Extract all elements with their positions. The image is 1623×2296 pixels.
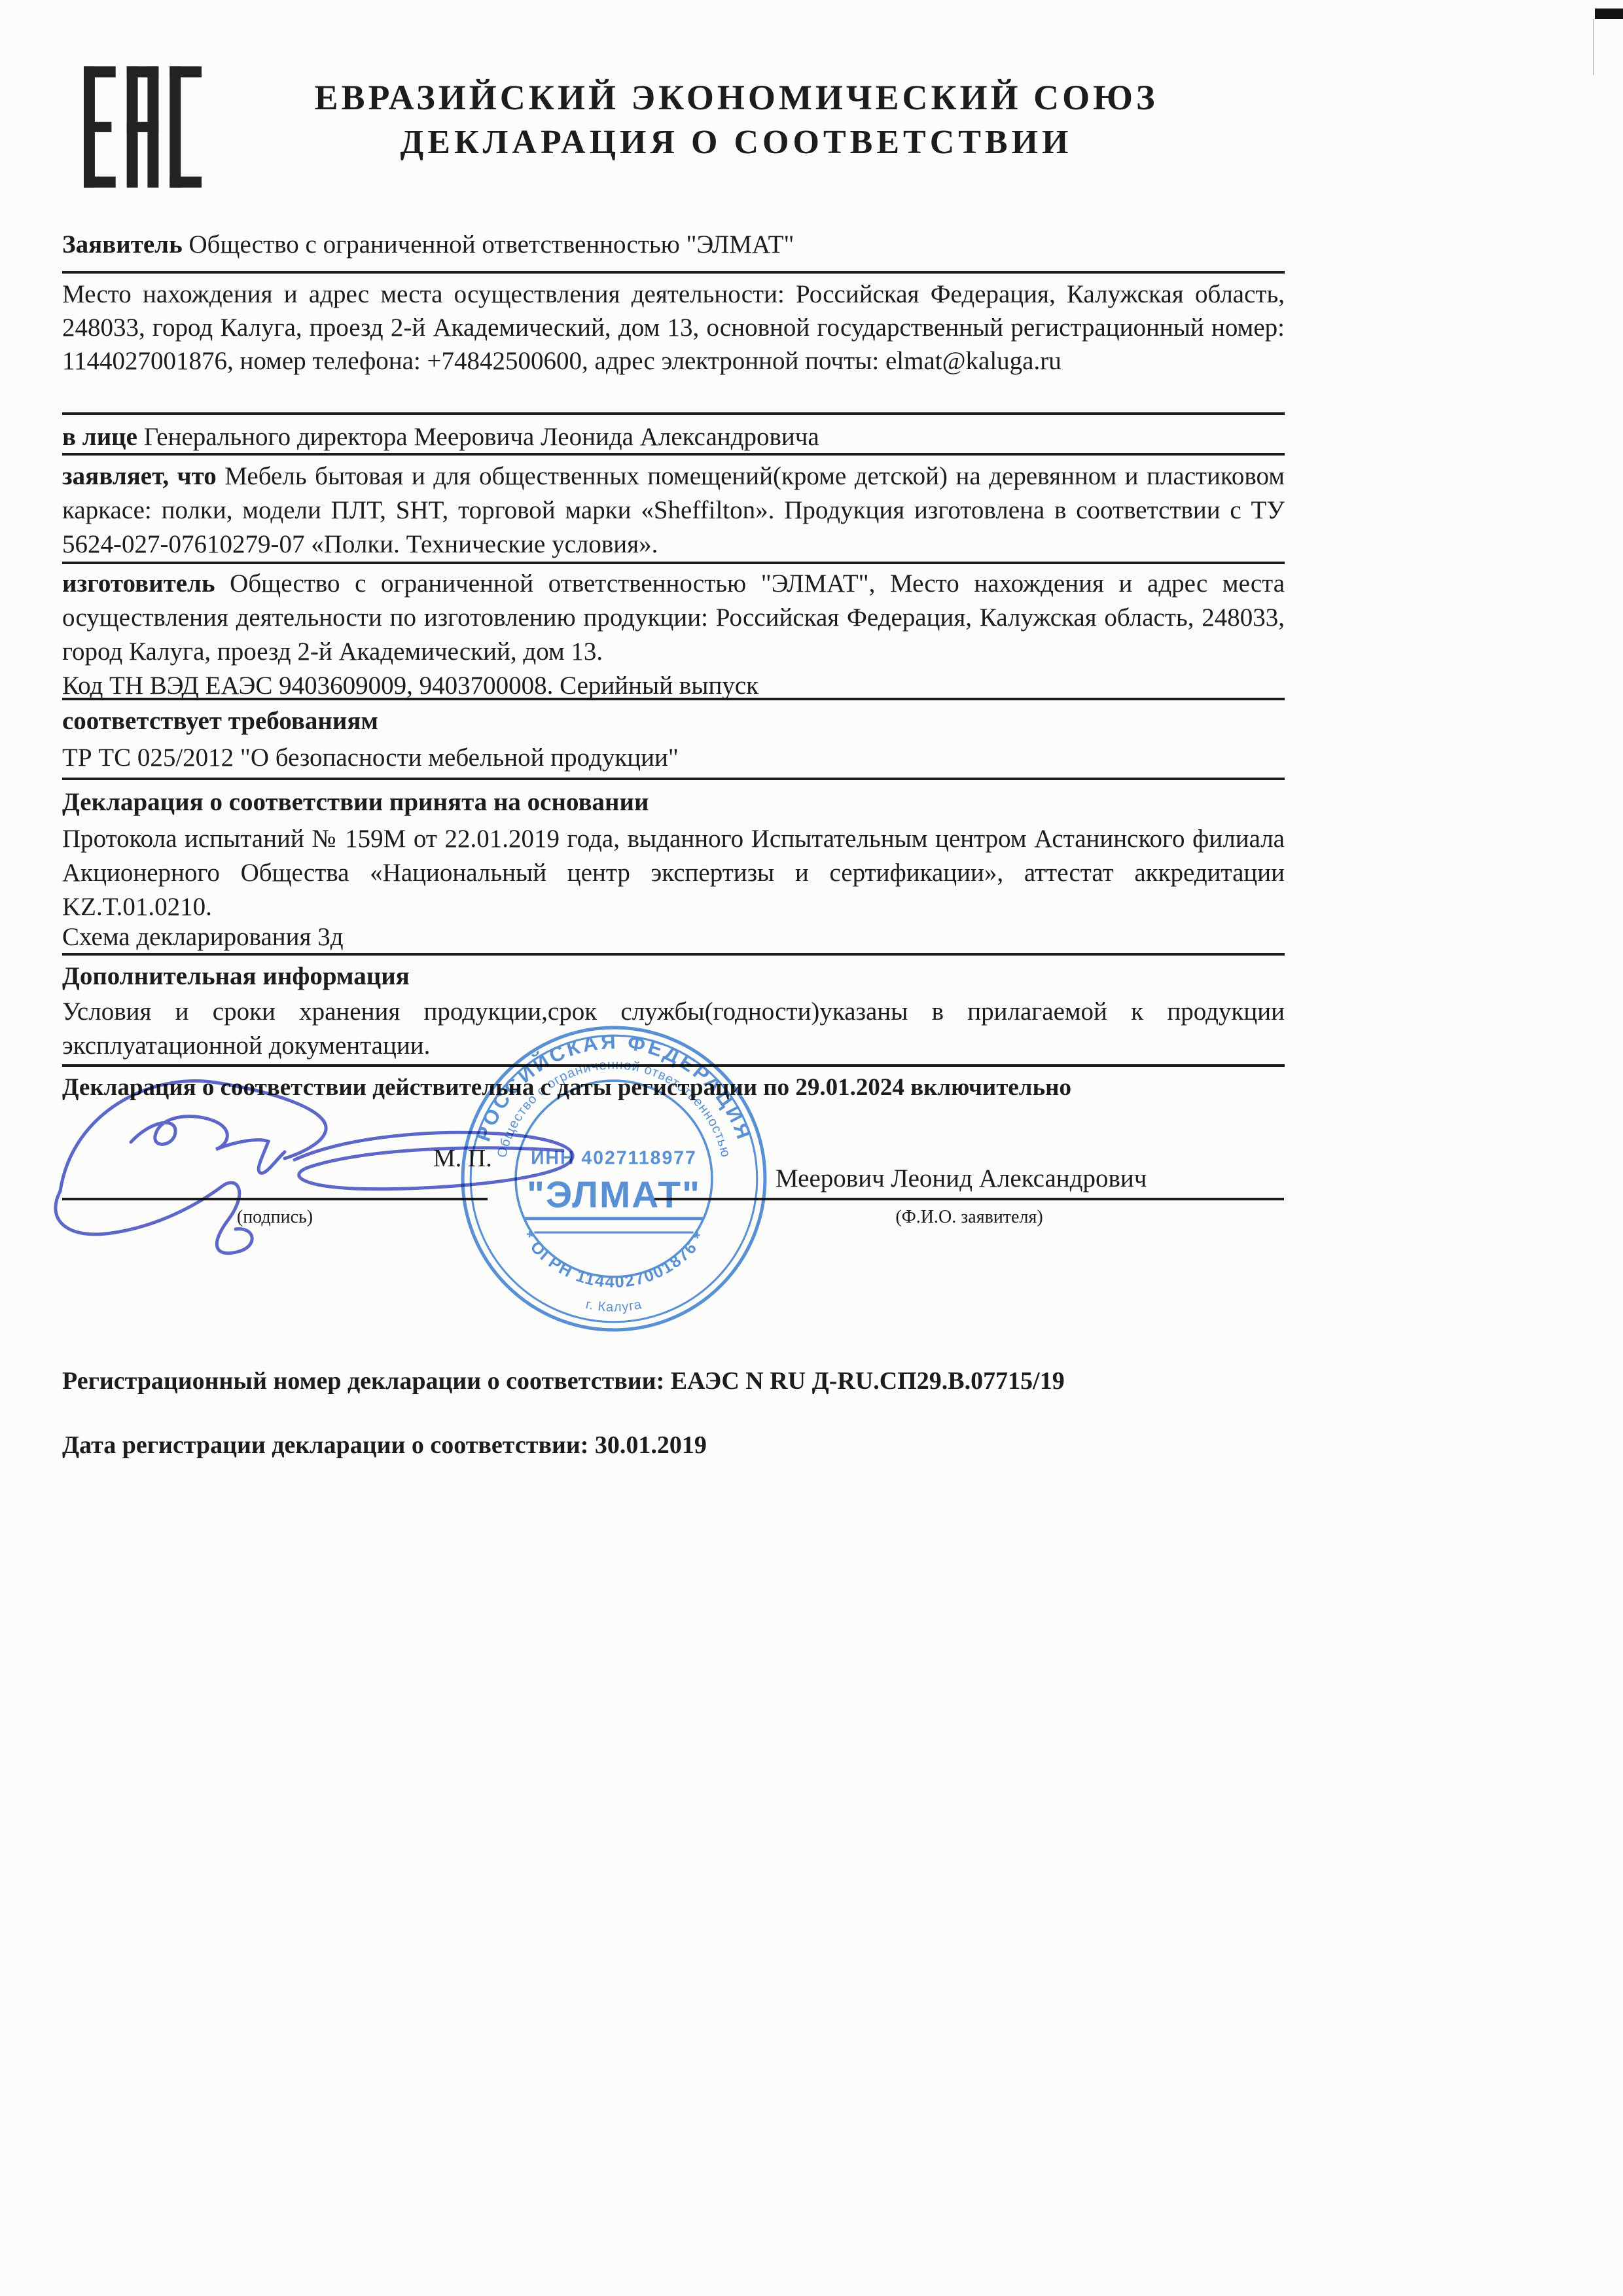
applicant-line: Заявитель Общество с ограниченной ответс…	[62, 228, 1285, 262]
stamp-company-name: "ЭЛМАТ"	[527, 1175, 701, 1216]
stamp-inn: ИНН 4027118977	[531, 1148, 697, 1169]
basis-heading: Декларация о соответствии принята на осн…	[62, 785, 1285, 819]
divider	[62, 271, 1285, 274]
document-header: ЕВРАЗИЙСКИЙ ЭКОНОМИЧЕСКИЙ СОЮЗ ДЕКЛАРАЦИ…	[281, 77, 1191, 162]
registration-number-line: Регистрационный номер декларации о соотв…	[62, 1367, 1306, 1395]
complies-heading: соответствует требованиям	[62, 704, 1285, 738]
in-person-label: в лице	[62, 423, 137, 451]
manufacturer-paragraph: изготовитель Общество с ограниченной отв…	[62, 567, 1285, 669]
applicant-label: Заявитель	[62, 230, 183, 259]
divider	[62, 562, 1285, 564]
svg-text:г. Калуга: г. Калуга	[584, 1297, 643, 1315]
divider	[62, 778, 1285, 780]
declares-label: заявляет, что	[62, 462, 217, 490]
svg-text:* ОГРН 1144027001876 *: * ОГРН 1144027001876 *	[518, 1228, 709, 1291]
title-union: ЕВРАЗИЙСКИЙ ЭКОНОМИЧЕСКИЙ СОЮЗ	[281, 77, 1191, 118]
divider	[62, 453, 1285, 456]
complies-regulation: ТР ТС 025/2012 "О безопасности мебельной…	[62, 741, 1285, 775]
manufacturer-label: изготовитель	[62, 569, 215, 598]
stamp-ogrn-arc: * ОГРН 1144027001876 *	[518, 1228, 709, 1291]
eac-logo-icon	[84, 65, 202, 188]
in-person-value: Генерального директора Мееровича Леонида…	[137, 423, 819, 451]
scheme-line: Схема декларирования 3д	[62, 920, 1285, 954]
applicant-value: Общество с ограниченной ответственностью…	[183, 230, 794, 259]
divider	[62, 953, 1285, 956]
applicant-fio: Меерович Леонид Александрович	[776, 1164, 1147, 1193]
scan-artifact-line	[1593, 19, 1594, 75]
declares-paragraph: заявляет, что Мебель бытовая и для общес…	[62, 459, 1285, 562]
basis-paragraph: Протокола испытаний № 159М от 22.01.2019…	[62, 822, 1285, 924]
registration-date-line: Дата регистрации декларации о соответств…	[62, 1431, 1306, 1460]
eac-logo	[84, 65, 202, 188]
applicant-address: Место нахождения и адрес места осуществл…	[62, 278, 1285, 378]
additional-heading: Дополнительная информация	[62, 960, 1285, 994]
in-person-line: в лице Генерального директора Мееровича …	[62, 420, 1285, 454]
divider	[62, 412, 1285, 415]
manufacturer-value: Общество с ограниченной ответственностью…	[62, 569, 1285, 666]
scan-artifact	[1595, 9, 1623, 19]
company-stamp: РОССИЙСКАЯ ФЕДЕРАЦИЯ г. Калуга Общество …	[460, 1025, 768, 1333]
stamp-city-arc: г. Калуга	[584, 1297, 643, 1315]
declaration-document: ЕВРАЗИЙСКИЙ ЭКОНОМИЧЕСКИЙ СОЮЗ ДЕКЛАРАЦИ…	[0, 0, 1623, 2296]
divider	[62, 698, 1285, 700]
title-declaration: ДЕКЛАРАЦИЯ О СООТВЕТСТВИИ	[281, 123, 1191, 162]
declares-value: Мебель бытовая и для общественных помеще…	[62, 462, 1285, 558]
